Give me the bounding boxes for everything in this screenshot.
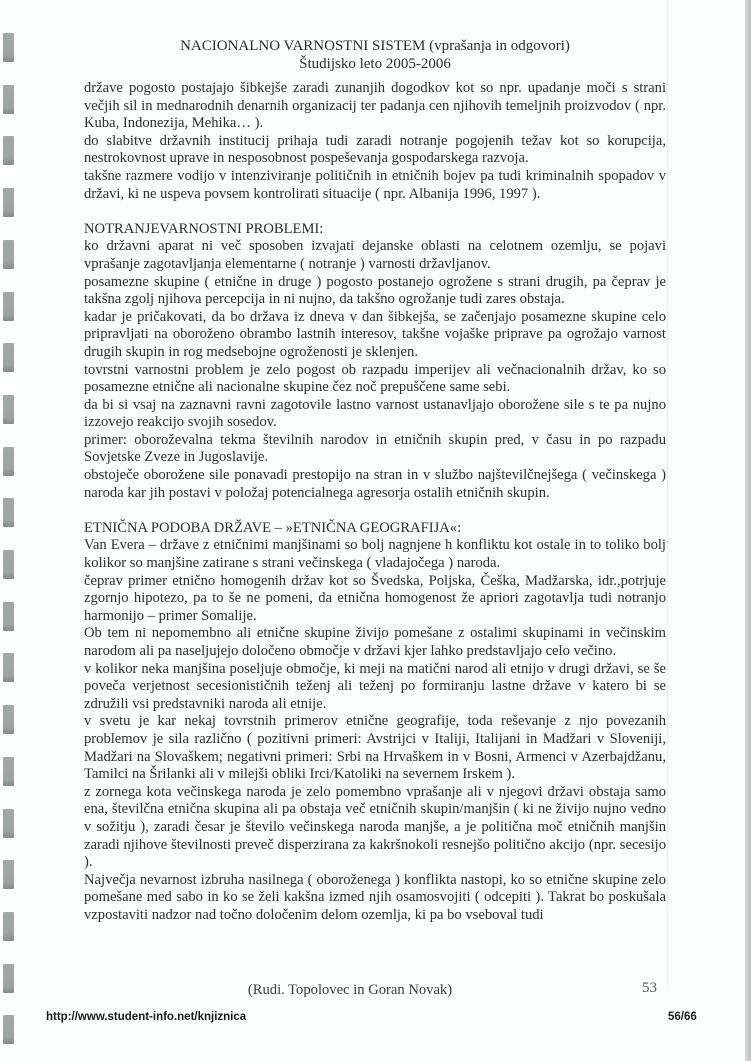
paragraph: v svetu je kar nekaj tovrstnih primerov … [84,713,666,783]
paragraph: takšne razmere vodijo v intenziviranje p… [84,168,666,203]
binding-hole-mark [3,1015,14,1044]
paragraph: Ob tem ni nepomembno ali etnične skupine… [84,625,666,660]
binding-hole-mark [3,653,14,682]
paragraph: Največja nevarnost izbruha nasilnega ( o… [84,872,666,925]
paragraph: Van Evera – države z etničnimi manjšinam… [84,537,666,572]
binding-hole-mark [3,757,14,786]
binding-hole-mark [3,498,14,527]
binding-hole-mark [3,550,14,579]
paragraph: primer: oboroževalna tekma številnih nar… [84,432,666,467]
binding-hole-mark [3,85,14,114]
section-heading: ETNIČNA PODOBA DRŽAVE – »ETNIČNA GEOGRAF… [84,520,666,538]
binding-hole-mark [3,912,14,941]
paragraph: kadar je pričakovati, da bo država iz dn… [84,309,666,362]
paragraph: tovrstni varnostni problem je zelo pogos… [84,362,666,397]
page-edge-shadow [745,0,751,1061]
paragraph: obstoječe oborožene sile ponavadi presto… [84,467,666,502]
document-title: NACIONALNO VARNOSTNI SISTEM (vprašanja i… [84,37,666,55]
document-body: države pogosto postajajo šibkejše zaradi… [84,80,666,925]
binding-hole-mark [3,395,14,424]
document-subtitle: Študijsko leto 2005-2006 [84,55,666,73]
paragraph: v kolikor neka manjšina poseljuje območj… [84,661,666,714]
page-header: NACIONALNO VARNOSTNI SISTEM (vprašanja i… [84,37,666,73]
paragraph: države pogosto postajajo šibkejše zaradi… [84,80,666,133]
page-count: 56/66 [668,1011,697,1023]
binding-hole-mark [3,33,14,62]
paragraph: do slabitve državnih institucij prihaja … [84,133,666,168]
binding-hole-mark [3,447,14,476]
section-heading: NOTRANJEVARNOSTNI PROBLEMI: [84,221,666,239]
binding-hole-mark [3,602,14,631]
source-url-link[interactable]: http://www.student-info.net/knjiznica [46,1011,246,1023]
paragraph: z zornega kota večinskega naroda je zelo… [84,784,666,872]
paragraph: ko državni aparat ni več sposoben izvaja… [84,238,666,273]
binding-hole-mark [3,343,14,372]
paragraph: čeprav primer etnično homogenih držav ko… [84,573,666,626]
margin-guide-line [667,0,668,990]
binding-hole-mark [3,188,14,217]
binding-hole-mark [3,809,14,838]
binding-hole-mark [3,240,14,269]
binding-hole-mark [3,860,14,889]
binding-hole-mark [3,292,14,321]
paragraph: da bi si vsaj na zaznavni ravni zagotovi… [84,397,666,432]
binding-strip [0,0,20,1061]
binding-hole-mark [3,136,14,165]
binding-hole-mark [3,705,14,734]
footer-authors: (Rudi. Topolovec in Goran Novak) [0,982,700,999]
page-number: 53 [642,980,657,997]
paragraph: posamezne skupine ( etnične in druge ) p… [84,274,666,309]
